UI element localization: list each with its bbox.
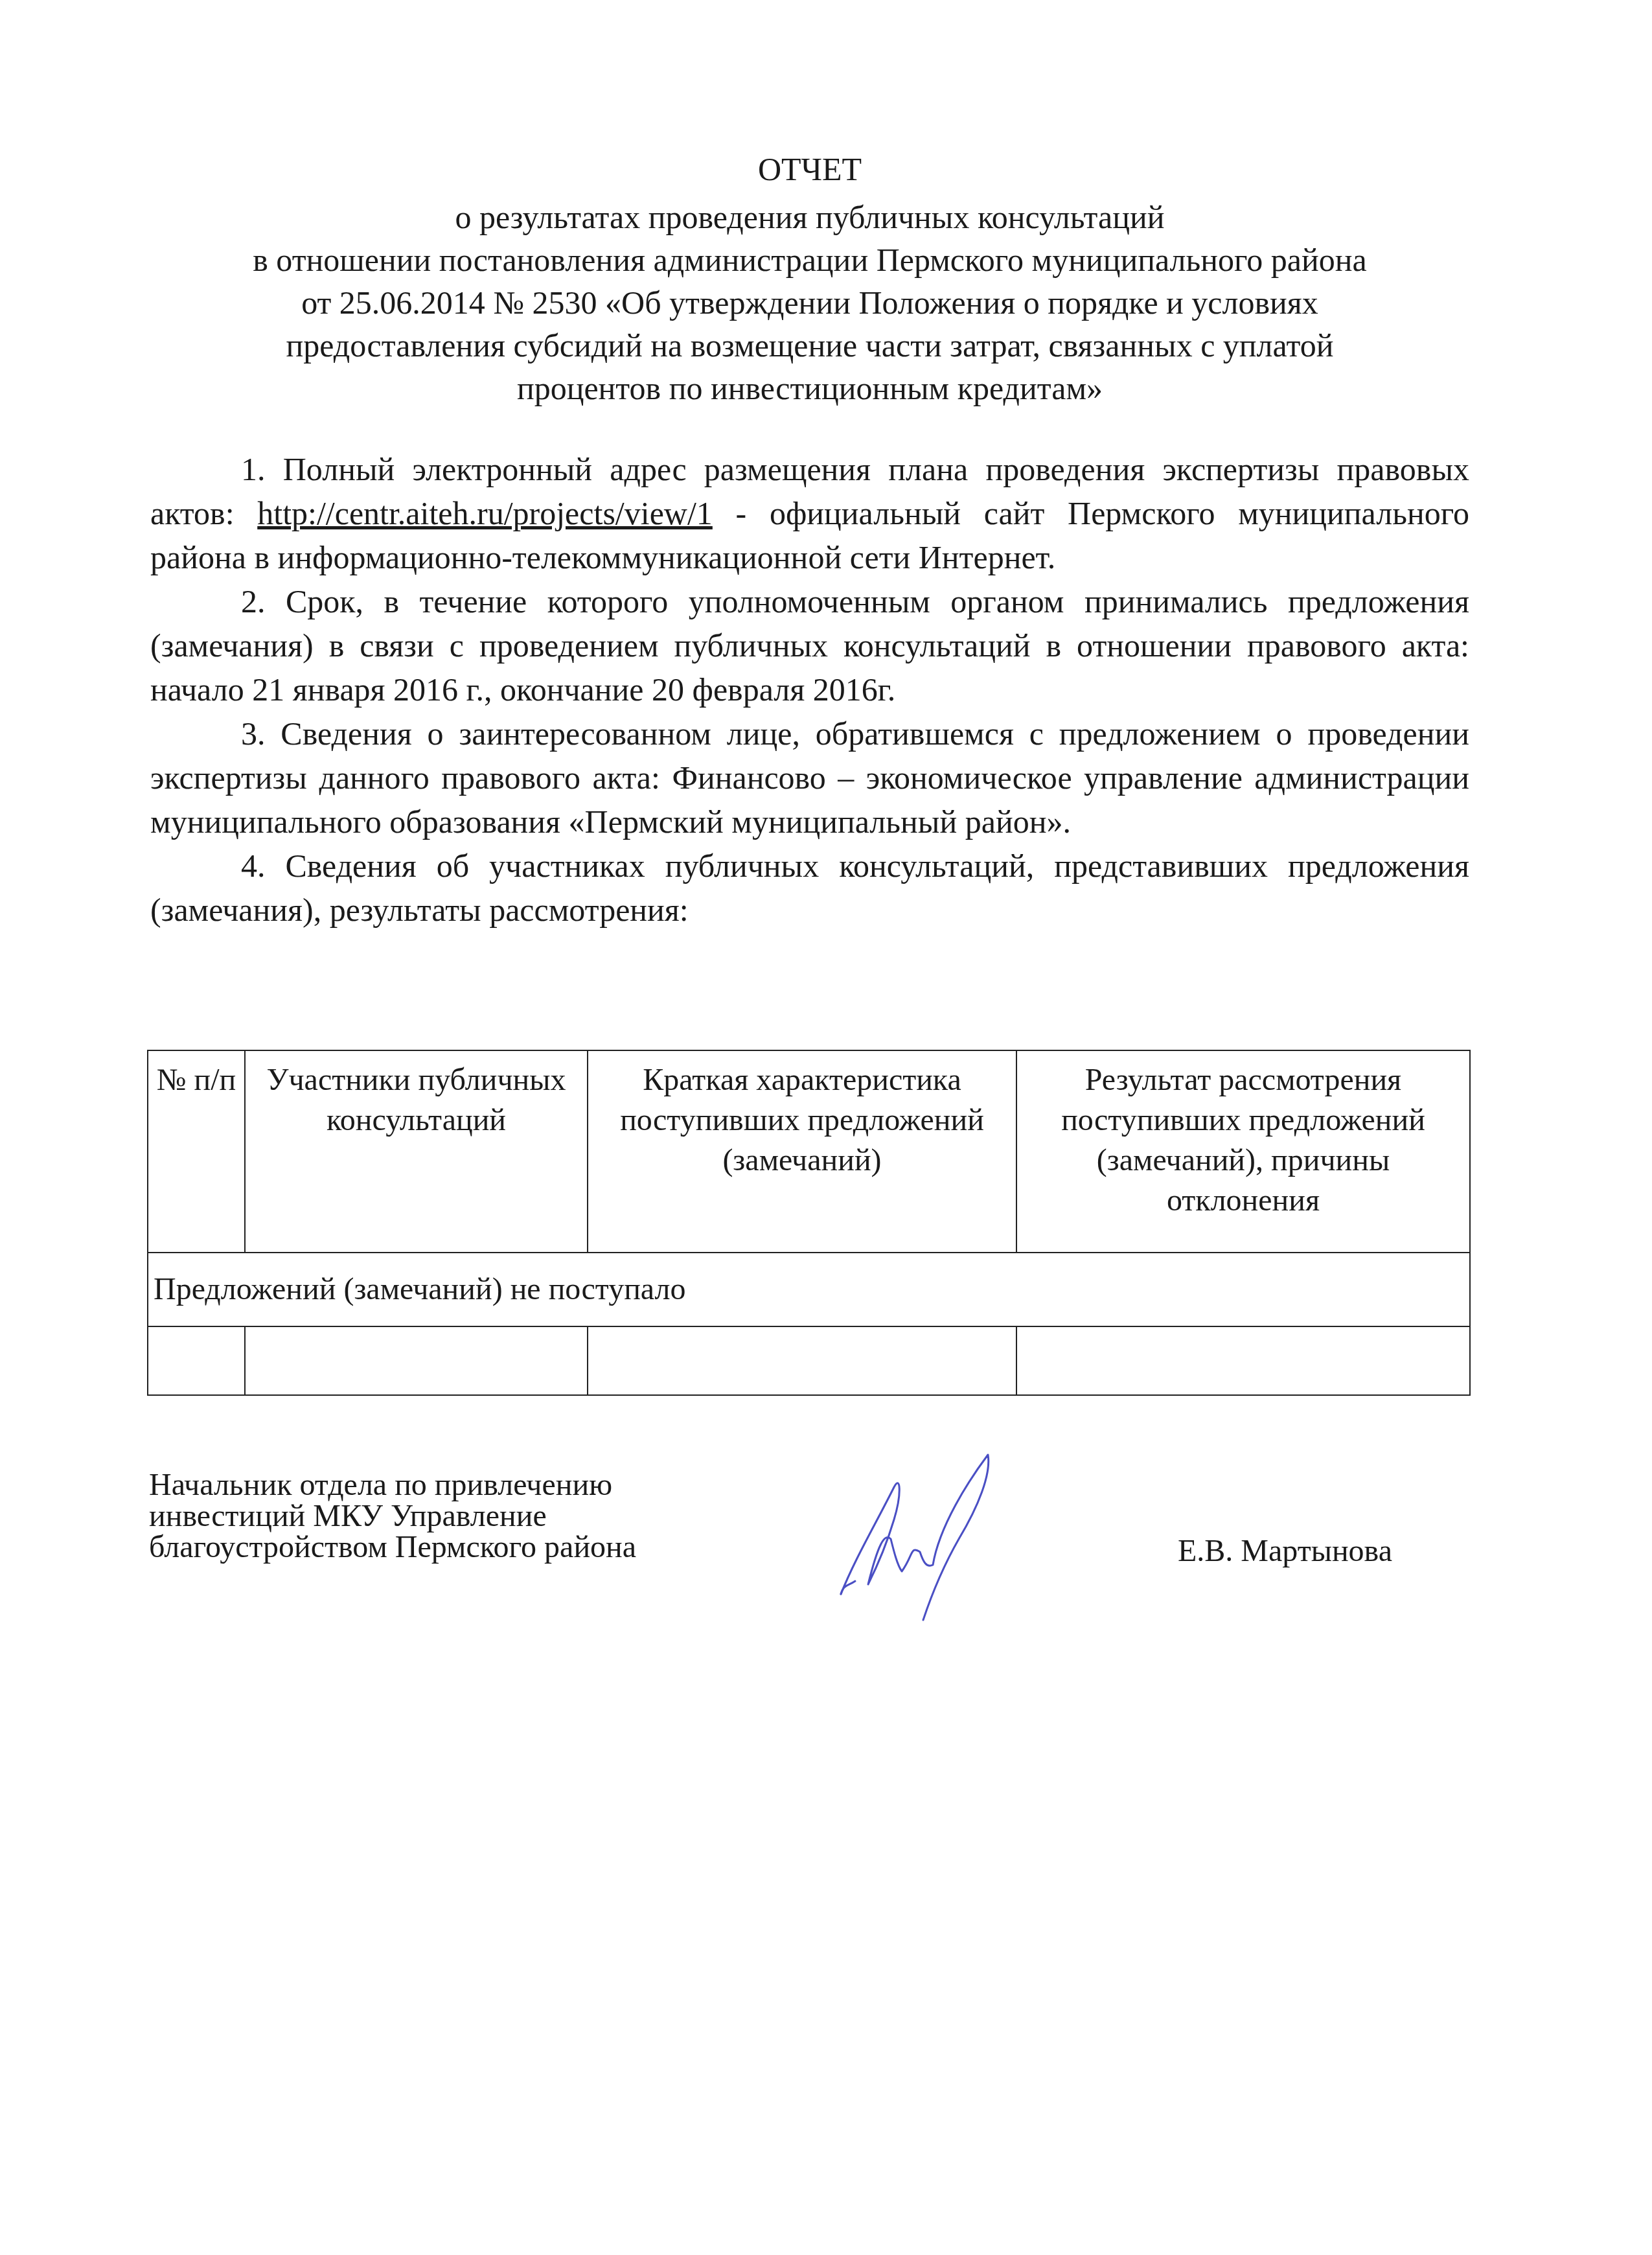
- subtitle-line-2: в отношении постановления администрации …: [149, 238, 1471, 281]
- item-4-paragraph: 4. Сведения об участниках публичных конс…: [150, 844, 1469, 932]
- empty-cell: [245, 1326, 588, 1395]
- signatory-name: Е.В. Мартынова: [1178, 1533, 1392, 1569]
- table-header-row: № п/п Участники публичных консультаций К…: [148, 1050, 1470, 1253]
- handwritten-signature-icon: [829, 1448, 1075, 1623]
- table-row-no-proposals: Предложений (замечаний) не поступало: [148, 1253, 1470, 1326]
- subtitle-line-1: о результатах проведения публичных консу…: [149, 196, 1471, 238]
- report-title-block: ОТЧЕТ о результатах проведения публичных…: [149, 148, 1471, 410]
- item-2-paragraph: 2. Срок, в течение которого уполномоченн…: [150, 579, 1469, 711]
- header-result: Результат рассмотрения поступивших предл…: [1016, 1050, 1470, 1253]
- plan-link[interactable]: http://centr.aiteh.ru/projects/view/1: [257, 495, 713, 531]
- header-summary: Краткая характеристика поступивших предл…: [588, 1050, 1016, 1253]
- header-number: № п/п: [148, 1050, 245, 1253]
- table-row-empty: [148, 1326, 1470, 1395]
- position-line-2: инвестиций МКУ Управление: [149, 1501, 636, 1532]
- subtitle-line-4: предоставления субсидий на возмещение ча…: [149, 324, 1471, 367]
- subtitle-line-5: процентов по инвестиционным кредитам»: [149, 367, 1471, 410]
- empty-cell: [588, 1326, 1016, 1395]
- position-line-1: Начальник отдела по привлечению: [149, 1470, 636, 1501]
- position-line-3: благоустройством Пермского района: [149, 1532, 636, 1563]
- empty-cell: [148, 1326, 245, 1395]
- document-page: ОТЧЕТ о результатах проведения публичных…: [0, 0, 1652, 2255]
- header-participants: Участники публичных консультаций: [245, 1050, 588, 1253]
- item-3-paragraph: 3. Сведения о заинтересованном лице, обр…: [150, 711, 1469, 844]
- item-1-paragraph: 1. Полный электронный адрес размещения п…: [150, 447, 1469, 579]
- subtitle-line-3: от 25.06.2014 № 2530 «Об утверждении Пол…: [149, 281, 1471, 324]
- report-title: ОТЧЕТ: [149, 148, 1471, 191]
- signatory-position: Начальник отдела по привлечению инвестиц…: [149, 1470, 636, 1563]
- consultation-results-table: № п/п Участники публичных консультаций К…: [147, 1050, 1471, 1396]
- report-body: 1. Полный электронный адрес размещения п…: [150, 447, 1469, 932]
- empty-cell: [1016, 1326, 1470, 1395]
- no-proposals-message: Предложений (замечаний) не поступало: [148, 1253, 1470, 1326]
